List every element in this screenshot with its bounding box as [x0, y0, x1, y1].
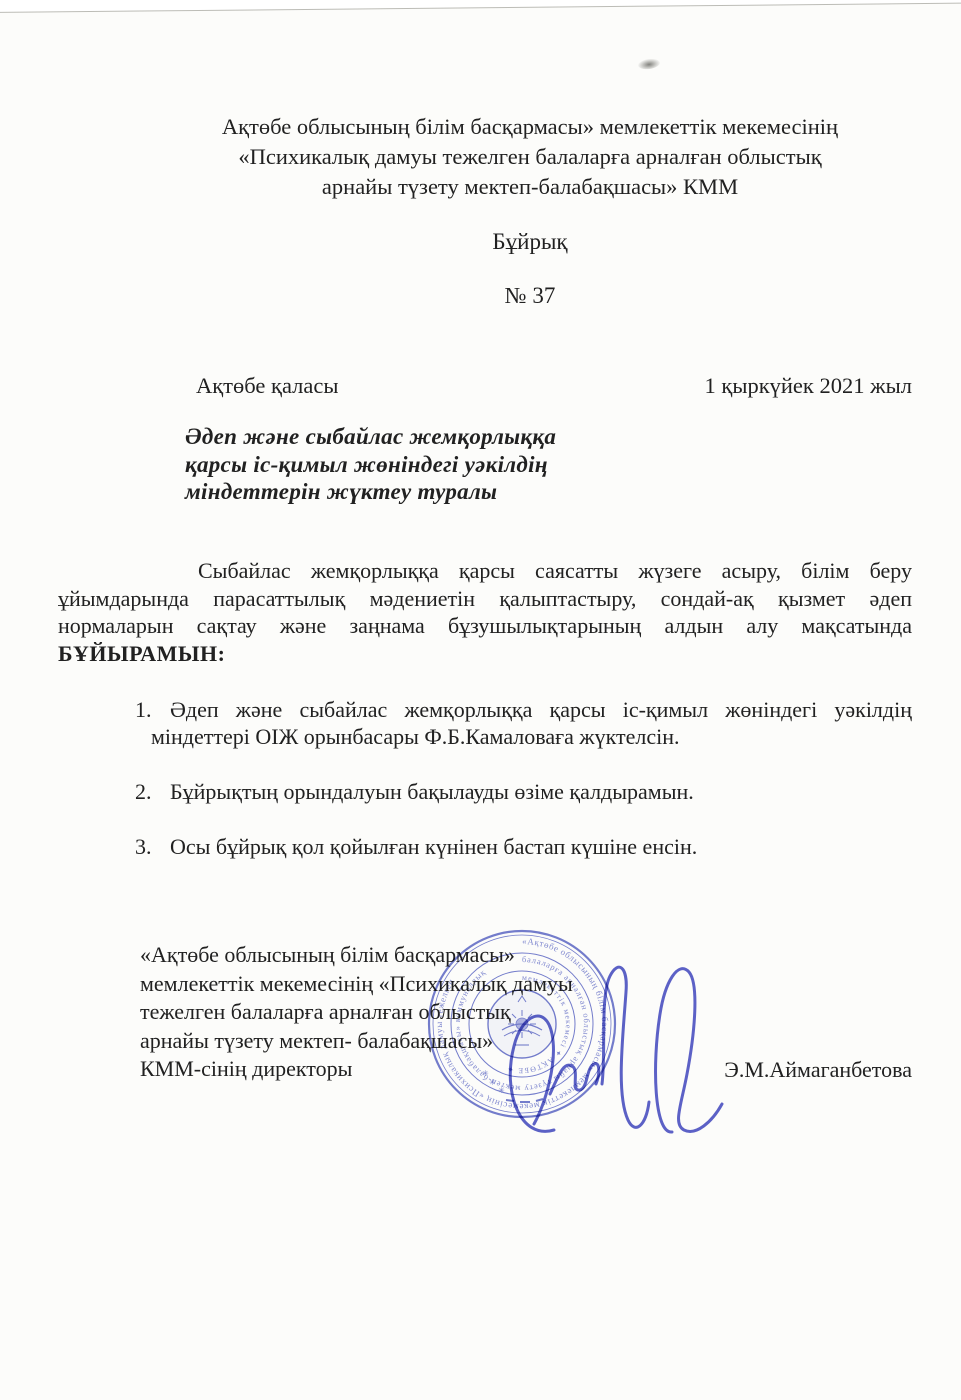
order-subject: Әдеп және сыбайлас жемқорлыққа қарсы іс-…	[185, 423, 615, 506]
order-item-text: Бұйрықтың орындалуын бақылауды өзіме қал…	[170, 779, 694, 804]
order-item: 3. Осы бұйрық қол қойылған күнінен баста…	[137, 833, 912, 860]
order-items: 1. Әдеп және сыбайлас жемқорлыққа қарсы …	[137, 696, 912, 860]
order-item: 1. Әдеп және сыбайлас жемқорлыққа қарсы …	[137, 696, 912, 750]
order-subject-line3: міндеттерін жүктеу туралы	[185, 478, 615, 506]
preamble-emphasis: БҰЙЫРАМЫН:	[58, 641, 225, 666]
order-item-text: Әдеп және сыбайлас жемқорлыққа қарсы іс-…	[151, 697, 912, 749]
order-subject-line2: қарсы іс-қимыл жөніндегі уәкілдің	[185, 451, 615, 479]
order-place: Ақтөбе қаласы	[196, 373, 338, 398]
order-preamble: Сыбайлас жемқорлыққа қарсы саясатты жүзе…	[58, 557, 912, 667]
order-title: Бұйрық	[130, 227, 930, 257]
scanned-order-page: Ақтөбе облысының білім басқармасы» мемле…	[0, 0, 961, 1400]
order-date: 1 қыркүйек 2021 жыл	[705, 372, 912, 400]
order-item-number: 1.	[135, 696, 152, 723]
organization-header-line2: «Психикалық дамуы тежелген балаларға арн…	[130, 142, 930, 172]
svg-text:✳: ✳	[482, 1069, 489, 1078]
scan-edge-artifact	[0, 0, 961, 13]
place-date-row: 1 қыркүйек 2021 жыл Ақтөбе қаласы	[58, 372, 912, 400]
order-item-number: 3.	[135, 833, 152, 860]
organization-header-line1: Ақтөбе облысының білім басқармасы» мемле…	[130, 112, 930, 142]
organization-header-line3: арнайы түзету мектеп-балабақшасы» КММ	[130, 172, 930, 202]
scan-smudge-artifact	[637, 58, 660, 71]
order-item: 2. Бұйрықтың орындалуын бақылауды өзіме …	[137, 778, 912, 805]
preamble-text: Сыбайлас жемқорлыққа қарсы саясатты жүзе…	[58, 558, 912, 638]
order-item-text: Осы бұйрық қол қойылған күнінен бастап к…	[170, 834, 697, 859]
order-number: № 37	[130, 281, 930, 311]
order-subject-line1: Әдеп және сыбайлас жемқорлыққа	[185, 423, 615, 451]
handwritten-signature	[494, 944, 744, 1154]
organization-header: Ақтөбе облысының білім басқармасы» мемле…	[130, 112, 930, 202]
order-item-number: 2.	[135, 778, 152, 805]
